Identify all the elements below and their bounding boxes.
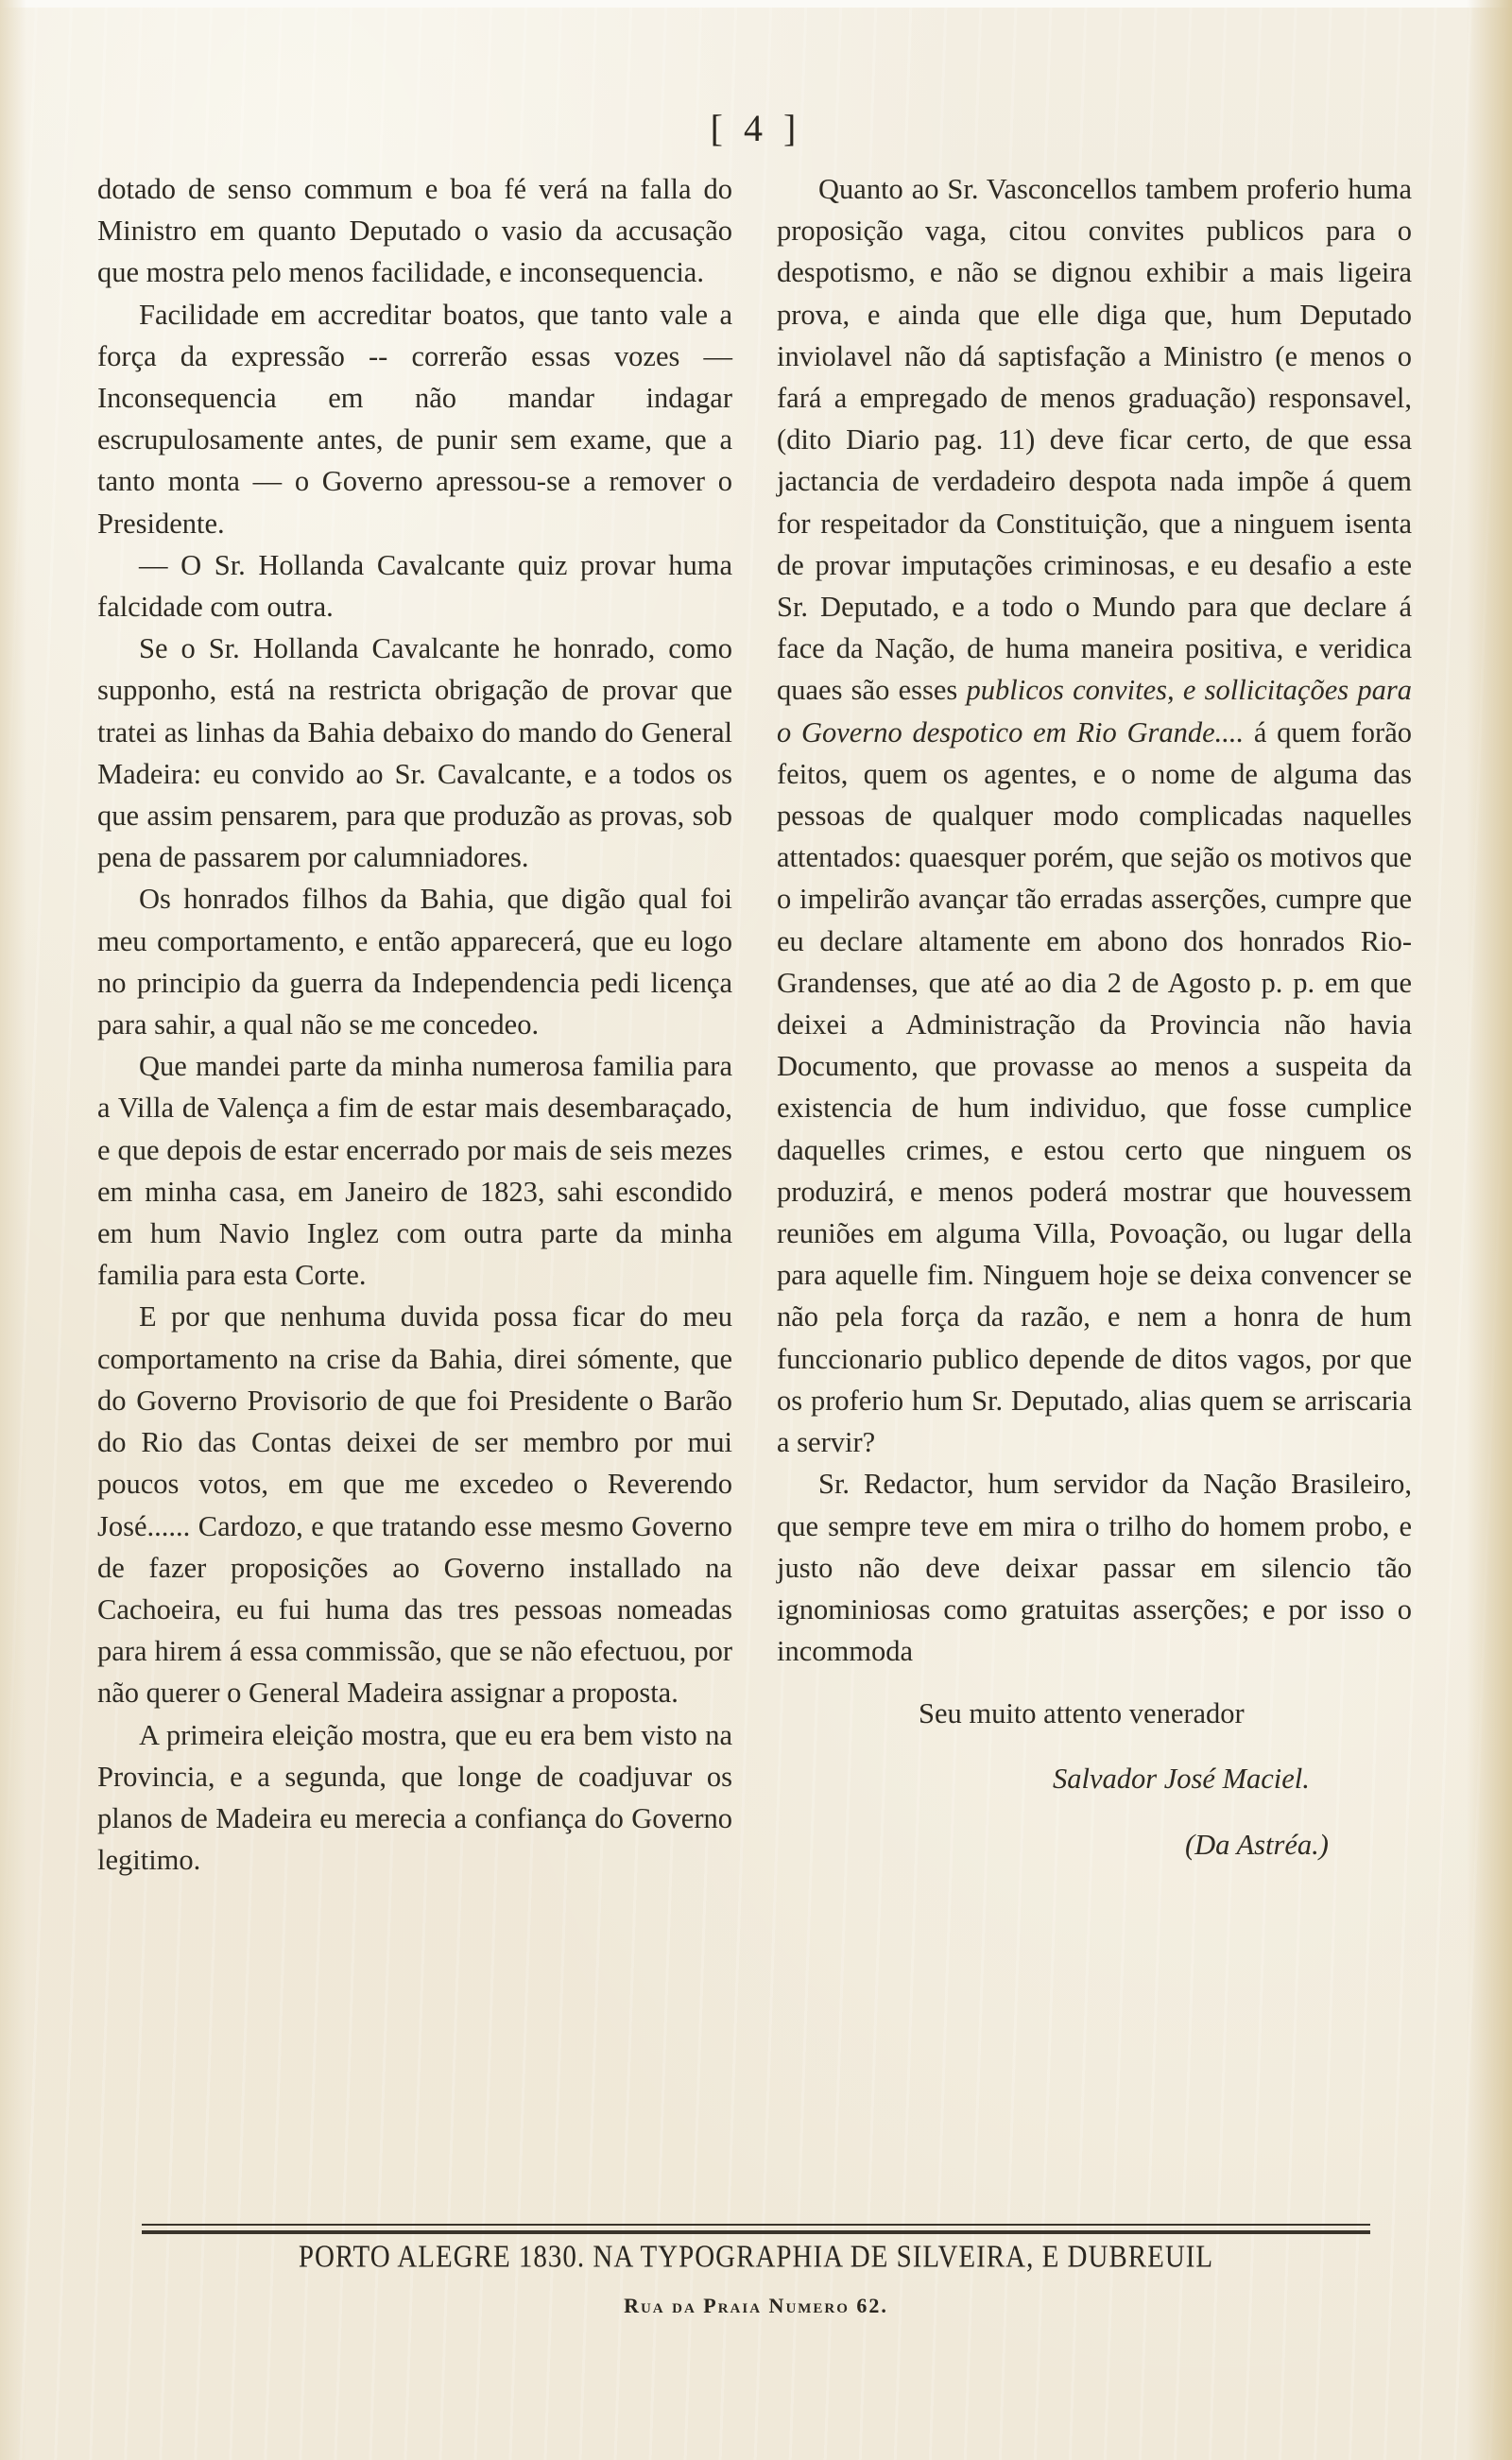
paragraph-text: á quem forão feitos, quem os agentes, e …: [777, 716, 1412, 1458]
source-attribution: (Da Astréa.): [777, 1824, 1412, 1866]
page-right-edge: [1467, 0, 1512, 2460]
imprint-rule-thick: [142, 2230, 1370, 2234]
paragraph: E por que nenhuma duvida possa ficar do …: [97, 1296, 732, 1713]
imprint-address: Rua da Praia Numero 62.: [0, 2294, 1512, 2318]
paragraph-text: Sr. Redactor, hum servidor da Nação Bras…: [777, 1468, 1412, 1667]
page-left-edge: [0, 0, 26, 2460]
paragraph: Quanto ao Sr. Vasconcellos tambem profer…: [777, 168, 1412, 1463]
signature: Salvador José Maciel.: [777, 1758, 1412, 1799]
paragraph: Facilidade em accreditar boatos, que tan…: [97, 294, 732, 544]
imprint-printer: PORTO ALEGRE 1830. NA TYPOGRAPHIA DE SIL…: [0, 2239, 1512, 2276]
paragraph: Sr. Redactor, hum servidor da Nação Bras…: [777, 1463, 1412, 1672]
paragraph: Os honrados filhos da Bahia, que digão q…: [97, 878, 732, 1045]
page-top-edge: [0, 0, 1512, 8]
paragraph-text: Quanto ao Sr. Vasconcellos tambem profer…: [777, 173, 1412, 706]
page-number: [ 4 ]: [0, 106, 1512, 150]
letter-closing: Seu muito attento venerador: [777, 1693, 1412, 1734]
paragraph: dotado de senso commum e boa fé verá na …: [97, 168, 732, 294]
left-column: dotado de senso commum e boa fé verá na …: [97, 168, 732, 1881]
imprint-rule-thin: [142, 2224, 1370, 2226]
paragraph: — O Sr. Hollanda Cavalcante quiz provar …: [97, 544, 732, 628]
right-column: Quanto ao Sr. Vasconcellos tambem profer…: [777, 168, 1412, 1866]
paragraph: Se o Sr. Hollanda Cavalcante he honrado,…: [97, 628, 732, 878]
paragraph: A primeira eleição mostra, que eu era be…: [97, 1714, 732, 1882]
paragraph: Que mandei parte da minha numerosa famil…: [97, 1045, 732, 1296]
